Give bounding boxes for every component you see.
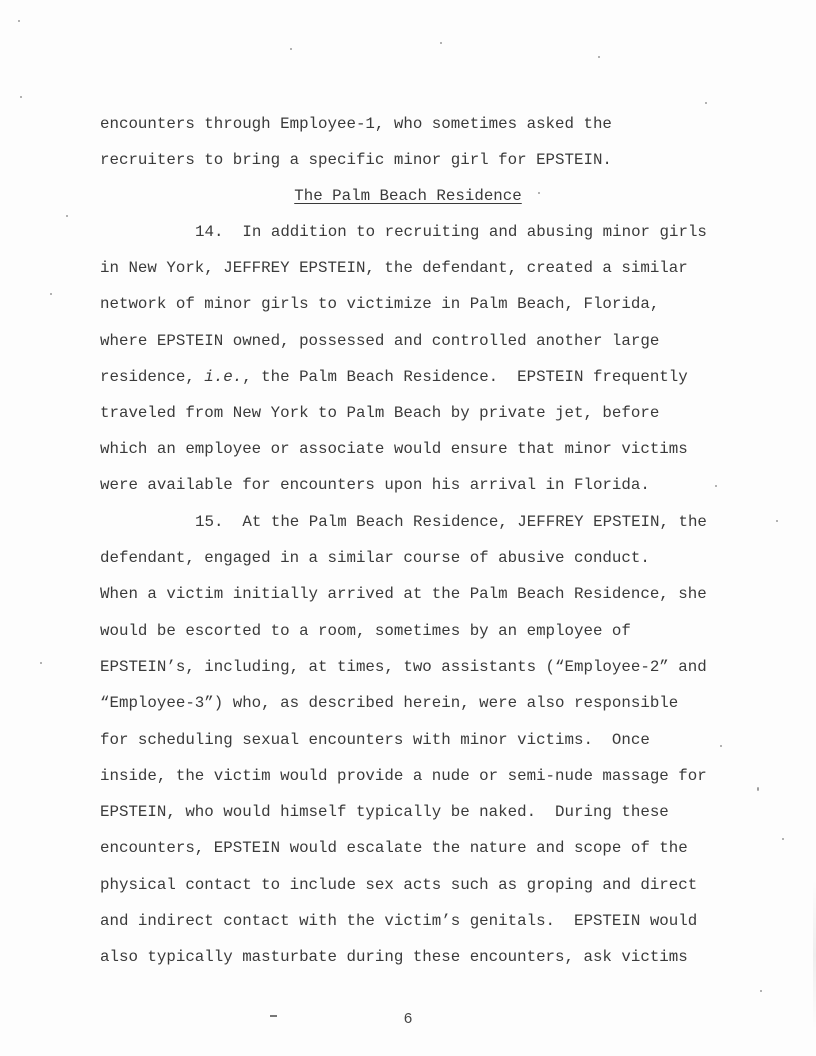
scan-speck [50,293,52,295]
scan-speck [782,838,784,840]
body-line: EPSTEIN’s, including, at times, two assi… [100,657,707,677]
body-line: would be escorted to a room, sometimes b… [100,621,631,641]
scan-speck [715,485,717,487]
scan-speck [705,102,707,104]
scan-speck [757,787,759,791]
body-line: also typically masturbate during these e… [100,947,688,967]
scan-speck [760,990,762,992]
section-heading-text: The Palm Beach Residence [294,187,522,205]
body-line: in New York, JEFFREY EPSTEIN, the defend… [100,258,688,278]
page-number: 6 [0,1010,816,1027]
body-line: EPSTEIN, who would himself typically be … [100,802,669,822]
text-residence: residence, [100,368,204,386]
text-rest: , the Palm Beach Residence. EPSTEIN freq… [242,368,688,386]
body-line: which an employee or associate would ens… [100,439,688,459]
body-line: were available for encounters upon his a… [100,475,650,495]
body-line: network of minor girls to victimize in P… [100,294,659,314]
body-line: “Employee-3”) who, as described herein, … [100,693,678,713]
scan-speck [18,20,20,22]
body-line-with-italic: residence, i.e., the Palm Beach Residenc… [100,367,688,387]
document-page: encounters through Employee-1, who somet… [0,0,816,1056]
body-line: When a victim initially arrived at the P… [100,584,707,604]
paragraph-14-first-line: 14. In addition to recruiting and abusin… [195,222,707,242]
italic-ie: i.e. [204,368,242,386]
body-line: traveled from New York to Palm Beach by … [100,403,659,423]
paragraph-15-first-line: 15. At the Palm Beach Residence, JEFFREY… [195,512,707,532]
body-line: where EPSTEIN owned, possessed and contr… [100,331,659,351]
section-heading: The Palm Beach Residence [0,186,816,206]
scan-speck [720,745,722,747]
body-line: encounters through Employee-1, who somet… [100,114,612,134]
scan-speck [440,42,442,44]
body-line: recruiters to bring a specific minor gir… [100,150,612,170]
body-line: defendant, engaged in a similar course o… [100,548,650,568]
scan-speck [290,48,292,50]
scan-speck [66,215,68,217]
scan-speck [538,192,540,194]
scan-speck [20,96,22,98]
body-line: and indirect contact with the victim’s g… [100,911,697,931]
body-line: physical contact to include sex acts suc… [100,875,697,895]
scan-speck [598,56,600,58]
body-line: for scheduling sexual encounters with mi… [100,730,650,750]
body-line: encounters, EPSTEIN would escalate the n… [100,838,688,858]
scan-speck [776,520,778,522]
body-line: inside, the victim would provide a nude … [100,766,707,786]
scan-speck [40,662,42,664]
